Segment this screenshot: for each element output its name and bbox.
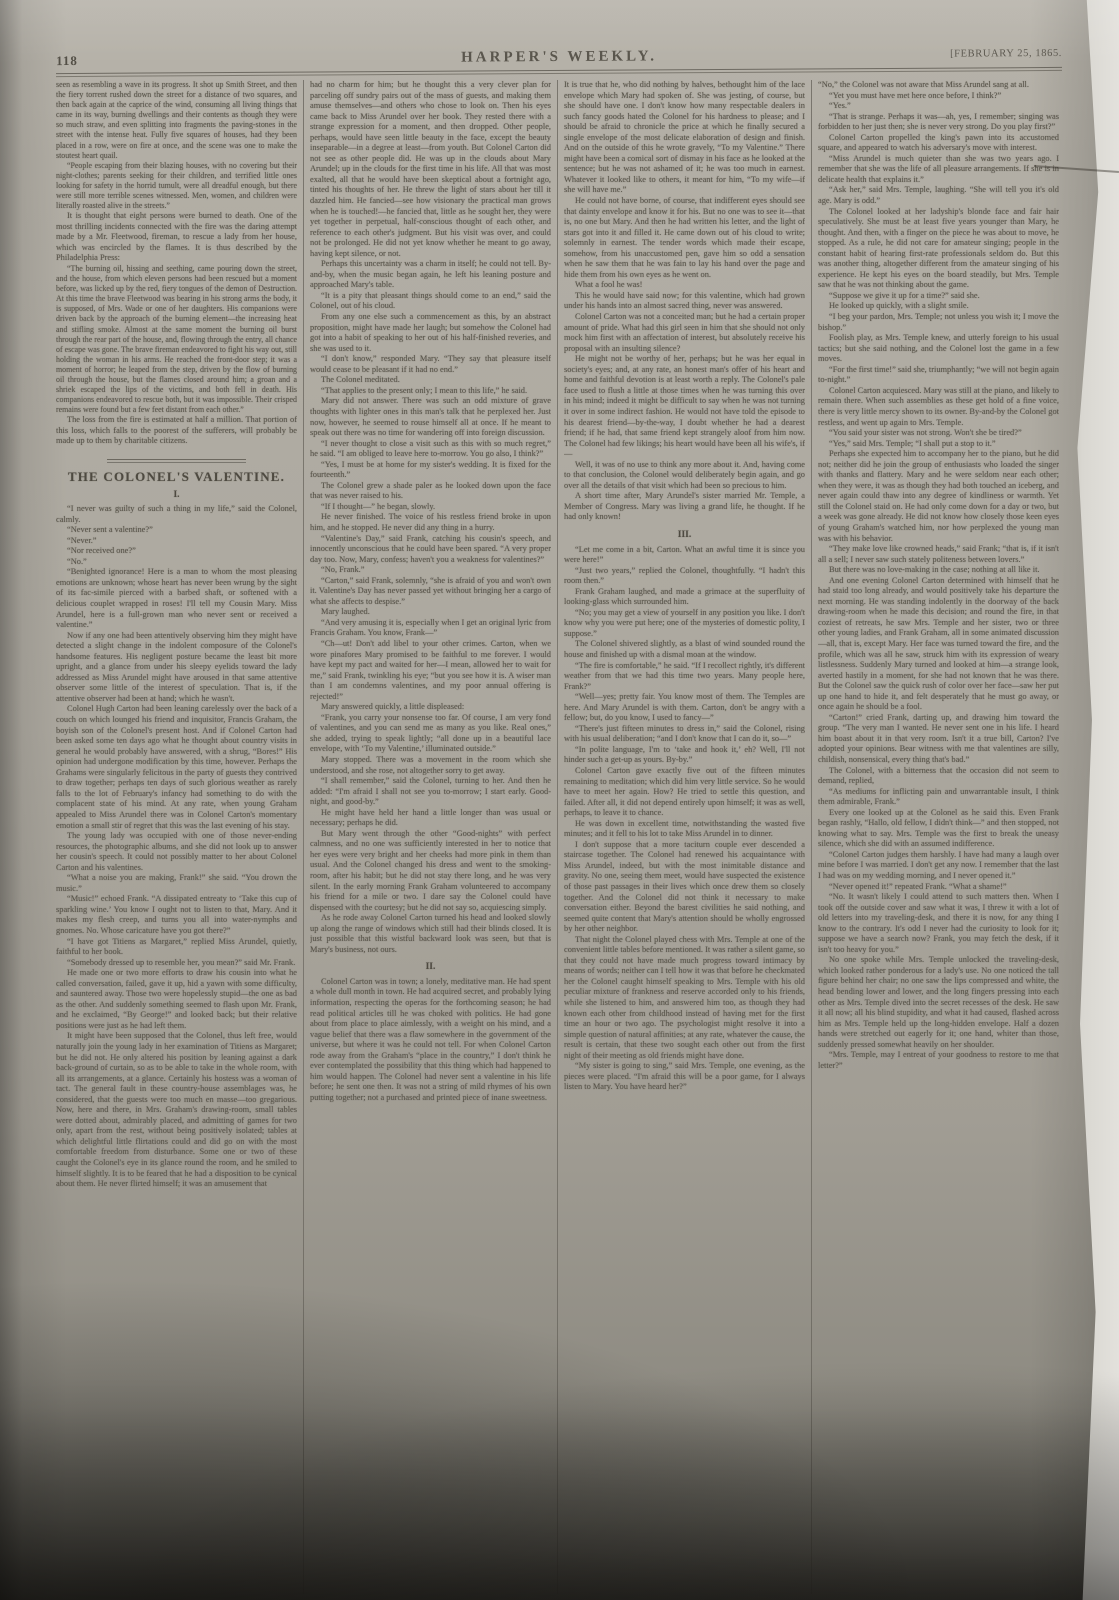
paragraph: He could not have borne, of course, that… (564, 196, 805, 280)
paragraph: From any one else such a commencement as… (310, 312, 551, 354)
paragraph: This he would have said now; for this va… (564, 291, 805, 312)
paragraph: “Yes, I must be at home for my sister's … (310, 460, 551, 481)
paragraph: “What a noise you are making, Frank!” sh… (56, 873, 297, 894)
newspaper-page-photo: 118 HARPER'S WEEKLY. [FEBRUARY 25, 1865.… (0, 0, 1119, 1600)
paragraph: “Yes.” (818, 101, 1059, 112)
column-1: seen as resembling a wave in its progres… (56, 80, 297, 1594)
masthead-title: HARPER'S WEEKLY. (56, 46, 1062, 69)
page-header: 118 HARPER'S WEEKLY. [FEBRUARY 25, 1865. (56, 31, 1062, 71)
paragraph: The Colonel shivered slightly, as a blas… (564, 639, 805, 660)
paragraph: But there was no love-making in the case… (818, 565, 1059, 576)
paragraph: “Nor received one?” (56, 546, 297, 557)
article-title: THE COLONEL'S VALENTINE. (56, 472, 297, 483)
paragraph: The Colonel, with a bitterness that the … (818, 766, 1059, 787)
paragraph: It is thought that eight persons were bu… (56, 211, 297, 264)
paragraph: No one spoke while Mrs. Temple unlocked … (818, 955, 1059, 1050)
section-number: II. (310, 962, 551, 973)
paragraph: “Valentine's Day,” said Frank, catching … (310, 534, 551, 566)
paragraph: “My sister is going to sing,” said Mrs. … (564, 1061, 805, 1093)
paragraph: That night the Colonel played chess with… (564, 935, 805, 1062)
paragraph: “I have got Titiens as Margaret,” replie… (56, 937, 297, 958)
paragraph: “No; you may get a view of yourself in a… (564, 608, 805, 640)
paragraph: “Never sent a valentine?” (56, 525, 297, 536)
paragraph: As he rode away Colonel Carton turned hi… (310, 913, 551, 955)
column-2: had no charm for him; but he thought thi… (310, 80, 551, 1594)
paragraph: “Yet you must have met here once before,… (818, 91, 1059, 102)
section-divider-rule (107, 459, 247, 463)
paragraph: Foolish play, as Mrs. Temple knew, and u… (818, 333, 1059, 365)
paragraph: “Somebody dressed up to resemble her, yo… (56, 958, 297, 969)
paragraph: had no charm for him; but he thought thi… (310, 80, 551, 259)
paragraph: The young lady was occupied with one of … (56, 831, 297, 873)
paragraph: Colonel Carton was in town; a lonely, me… (310, 977, 551, 1104)
paragraph: “Miss Arundel is much quieter than she w… (818, 154, 1059, 186)
column-3: It is true that he, who did nothing by h… (564, 80, 805, 1594)
quoted-paragraph: seen as resembling a wave in its progres… (56, 80, 297, 161)
paragraph: A short time after, Mary Arundel's siste… (564, 491, 805, 523)
paragraph: “In polite language, I'm to ‘take and ho… (564, 745, 805, 766)
section-number: III. (564, 530, 805, 541)
paragraph: “As mediums for inflicting pain and unwa… (818, 787, 1059, 808)
paragraph: It is true that he, who did nothing by h… (564, 80, 805, 196)
paragraph: “I beg your pardon, Mrs. Temple; not unl… (818, 312, 1059, 333)
paragraph: “Ask her,” said Mrs. Temple, laughing. “… (818, 185, 1059, 206)
section-number: I. (56, 490, 297, 501)
paragraph: “No,” the Colonel was not aware that Mis… (818, 80, 1059, 91)
paragraph: “I never thought to close a visit such a… (310, 439, 551, 460)
paragraph: “I shall remember,” said the Colonel, tu… (310, 776, 551, 808)
paragraph: He might have held her hand a little lon… (310, 808, 551, 829)
issue-date: [FEBRUARY 25, 1865. (950, 48, 1062, 60)
paragraph: Colonel Carton acquiesced. Mary was stil… (818, 386, 1059, 428)
paragraph: “Carton!” cried Frank, darting up, and d… (818, 713, 1059, 766)
paragraph: “Yes,” said Mrs. Temple; “I shall put a … (818, 439, 1059, 450)
paragraph: Mary answered quickly, a little displeas… (310, 702, 551, 713)
paragraph: “Music!” echoed Frank. “A dissipated ent… (56, 894, 297, 936)
paragraph: “There's just fifteen minutes to dress i… (564, 724, 805, 745)
paragraph: “That applies to the present only; I mea… (310, 386, 551, 397)
paragraph: “Carton,” said Frank, solemnly, “she is … (310, 576, 551, 608)
column-divider (303, 80, 304, 1594)
paragraph: “Let me come in a bit, Carton. What an a… (564, 545, 805, 566)
paragraph: What a fool he was! (564, 280, 805, 291)
paragraph: He looked up quickly, with a slight smil… (818, 301, 1059, 312)
paragraph: Colonel Hugh Carton had been leaning car… (56, 704, 297, 831)
paragraph: “Mrs. Temple, may I entreat of your good… (818, 1050, 1059, 1071)
column-divider (557, 80, 558, 1594)
paragraph: “You said your sister was not strong. Wo… (818, 428, 1059, 439)
paragraph: He never finished. The voice of his rest… (310, 512, 551, 533)
paragraph: “I don't know,” responded Mary. “They sa… (310, 354, 551, 375)
paragraph: “Ch—ut! Don't add libel to your other cr… (310, 639, 551, 702)
columns: seen as resembling a wave in its progres… (56, 80, 1062, 1594)
paragraph: “That is strange. Perhaps it was—ah, yes… (818, 112, 1059, 133)
paragraph: Colonel Carton was not a conceited man; … (564, 312, 805, 354)
paragraph: “They make love like crowned heads,” sai… (818, 544, 1059, 565)
paragraph: “Just two years,” replied the Colonel, t… (564, 566, 805, 587)
quoted-paragraph: “People escaping from their blazing hous… (56, 161, 297, 211)
paragraph: “Colonel Carton judges them harshly. I h… (818, 850, 1059, 882)
paragraph: Colonel Carton propelled the king's pawn… (818, 133, 1059, 154)
paragraph: Well, it was of no use to think any more… (564, 460, 805, 492)
paragraph: “Benighted ignorance! Here is a man to w… (56, 567, 297, 630)
paragraph: But Mary went through the other “Good-ni… (310, 829, 551, 913)
paragraph: “Frank, you carry your nonsense too far.… (310, 713, 551, 755)
paragraph: “I never was guilty of such a thing in m… (56, 504, 297, 525)
paragraph: Every one looked up at the Colonel as he… (818, 808, 1059, 850)
paragraph: And one evening Colonel Carton determine… (818, 576, 1059, 713)
paragraph: “No.” (56, 557, 297, 568)
paragraph: The Colonel looked at her ladyship's blo… (818, 207, 1059, 291)
paragraph: He made one or two more efforts to draw … (56, 968, 297, 1031)
paragraph: “The fire is comfortable,” he said. “If … (564, 661, 805, 693)
paragraph: The Colonel meditated. (310, 375, 551, 386)
paragraph: “Never opened it!” repeated Frank. “What… (818, 882, 1059, 893)
paragraph: “No. It wasn't likely I could attend to … (818, 892, 1059, 955)
paragraph: “If I thought—” he began, slowly. (310, 502, 551, 513)
paragraph: Mary stopped. There was a movement in th… (310, 755, 551, 776)
quoted-paragraph: “The burning oil, hissing and seething, … (56, 264, 297, 415)
paragraph: “And very amusing it is, especially when… (310, 618, 551, 639)
column-divider (811, 80, 812, 1594)
paragraph: “No, Frank.” (310, 565, 551, 576)
paragraph: “It is a pity that pleasant things shoul… (310, 291, 551, 312)
paragraph: Mary laughed. (310, 607, 551, 618)
paragraph: “For the first time!” said she, triumpha… (818, 365, 1059, 386)
paragraph: “Well—yes; pretty fair. You know most of… (564, 692, 805, 724)
paragraph: “Never.” (56, 536, 297, 547)
paragraph: He might not be worthy of her, perhaps; … (564, 354, 805, 459)
paragraph: Perhaps she expected him to accompany he… (818, 449, 1059, 544)
paragraph: The loss from the fire is estimated at h… (56, 415, 297, 447)
column-4: “No,” the Colonel was not aware that Mis… (818, 80, 1059, 1594)
paragraph: “Suppose we give it up for a time?” said… (818, 291, 1059, 302)
paragraph: Perhaps this uncertainty was a charm in … (310, 259, 551, 291)
paragraph: Now if any one had been attentively obse… (56, 631, 297, 705)
page-content: 118 HARPER'S WEEKLY. [FEBRUARY 25, 1865.… (56, 34, 1062, 1594)
paragraph: Frank Graham laughed, and made a grimace… (564, 587, 805, 608)
paragraph: Colonel Carton gave exactly five out of … (564, 766, 805, 819)
paragraph: He was down in excellent time, notwithst… (564, 819, 805, 840)
paragraph: I don't suppose that a more taciturn cou… (564, 840, 805, 935)
paragraph: It might have been supposed that the Col… (56, 1031, 297, 1189)
paragraph: Mary did not answer. There was such an o… (310, 396, 551, 438)
paragraph: The Colonel grew a shade paler as he loo… (310, 481, 551, 502)
